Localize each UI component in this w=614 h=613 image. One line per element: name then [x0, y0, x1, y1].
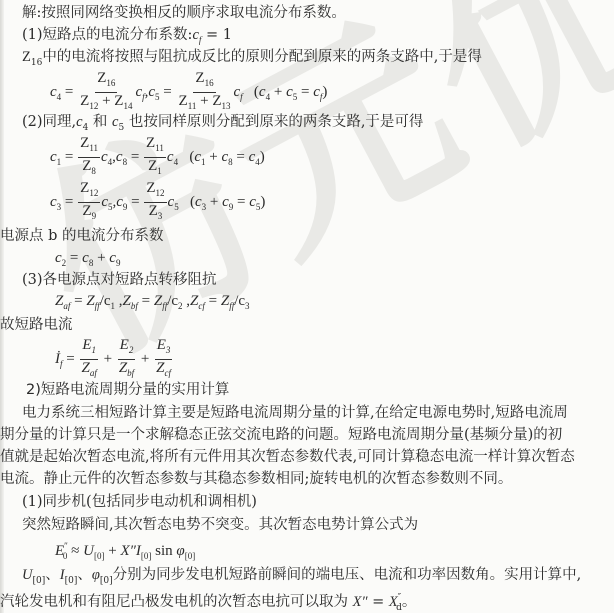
- source-b-heading: 电源点 b 的电流分布系数: [0, 227, 164, 245]
- short-circuit-current-heading: 故短路电流: [0, 316, 73, 334]
- equation-c2: c2 = c8 + c9: [55, 250, 120, 268]
- equation-if: İf = E1Zaf + E2Zbf + E3Zcf: [55, 337, 174, 382]
- step-1-heading: (1)短路点的电流分布系数:cf = 1: [22, 26, 232, 49]
- solution-intro: 解:按照同网络变换相反的顺序求取电流分布系数。: [22, 4, 346, 22]
- page-edge-shadow: [0, 0, 4, 613]
- variables-explanation: U[0]、I[0]、φ[0]分别为同步发电机短路前瞬间的端电压、电流和功率因数角…: [22, 566, 581, 590]
- equation-c1-c8: c1 = Z11Z8c4,c8 = Z11Z1c4 (c1 + c8 = c4): [50, 135, 265, 180]
- step-3-heading: (3)各电源点对短路点转移阻抗: [22, 271, 217, 289]
- document-page: 仿元优软 解:按照同网络变换相反的顺序求取电流分布系数。 (1)短路点的电流分布…: [0, 0, 614, 613]
- section-2-heading: 2)短路电流周期分量的实用计算: [26, 381, 229, 399]
- equation-c3-c9: c3 = Z12Z9c5,c9 = Z12Z3c5 (c3 + c9 = c5): [50, 180, 265, 225]
- equation-transfer-impedance: Zaf = Zff/c1 ,Zbf = Zff/c2 ,Zcf = Zff/c3: [55, 293, 250, 311]
- z16-distribution-text: Z16中的电流将按照与阻抗成反比的原则分配到原来的两条支路中,于是得: [22, 48, 482, 72]
- step-2-heading: (2)同理,c4 和 c5 也按同样原则分配到原来的两条支路,于是可得: [22, 113, 423, 137]
- paragraph-line-2: 期分量的计算只是一个求解稳态正弦交流电路的问题。短路电流周期分量(基频分量)的初: [0, 426, 562, 444]
- sync-machine-text: 突然短路瞬间,其次暂态电势不突变。其次暂态电势计算公式为: [22, 516, 418, 534]
- reactance-text: 汽轮发电机和有阻尼凸极发电机的次暂态电抗可以取为 X″ = X″d。: [0, 589, 416, 613]
- paragraph-line-4: 电流。静止元件的次暂态参数与其稳态参数相同;旋转电机的次暂态参数则不同。: [0, 470, 512, 488]
- paragraph-line-1: 电力系统三相短路计算主要是短路电流周期分量的计算,在给定电源电势时,短路电流周: [22, 404, 568, 422]
- paragraph-line-3: 值就是起始次暂态电流,将所有元件用其次暂态参数代表,可同计算稳态电流一样计算次暂…: [0, 448, 575, 466]
- equation-e0: E″0 ≈ U[0] + X″I[0] sin φ[0]: [55, 541, 195, 561]
- equation-c4-c5: c4 = Z16Z12 + Z14cf,c5 = Z16Z11 + Z13cf …: [50, 70, 327, 115]
- sync-machine-heading: (1)同步机(包括同步电动机和调相机): [22, 493, 257, 511]
